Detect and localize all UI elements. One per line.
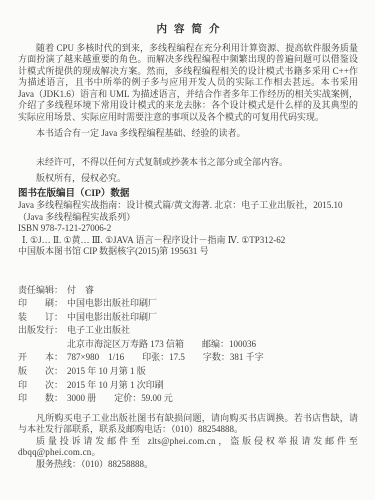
intro-paragraph: 随着 CPU 多核时代的到来，多线程编程在充分利用计算资源、提高软件服务质量方面… [18, 43, 358, 124]
purchase-exchange-notice: 凡所购买电子工业出版社图书有缺损问题，请向购买书店调换。若书店售缺，请与本社发行… [18, 413, 358, 436]
colophon-label: 印 次： [18, 379, 67, 393]
no-copy-notice: 未经许可，不得以任何方式复制或抄袭本书之部分或全部内容。 [18, 157, 358, 169]
colophon-label: 装 订： [18, 311, 67, 325]
colophon-row-printing: 印 次： 2015 年 10 月第 1 次印刷 [18, 379, 358, 393]
colophon-row-print-run: 印 数： 3000 册 定价：59.00 元 [18, 392, 358, 406]
colophon-value: 2015 年 10 月第 1 版 [67, 365, 358, 379]
cip-series-line: （Java 多线程编程实战系列） [18, 212, 358, 224]
colophon-label: 开 本： [18, 351, 67, 365]
colophon-label: 印 刷： [18, 297, 67, 311]
colophon-label: 出版发行： [18, 324, 67, 338]
content-summary-title: 内容简介 [18, 24, 358, 36]
rights-reserved-notice: 版权所有，侵权必究。 [18, 173, 358, 185]
colophon-row-edition: 版 次： 2015 年 10 月第 1 版 [18, 365, 358, 379]
service-hotline-line: 服务热线：（010）88258888。 [18, 459, 358, 471]
cip-heading: 图书在版编目（CIP）数据 [18, 189, 358, 201]
colophon-value: 中国电影出版社印刷厂 [67, 311, 358, 325]
colophon-block: 责任编辑： 付 睿 印 刷： 中国电影出版社印刷厂 装 订： 中国电影出版社印刷… [18, 284, 358, 406]
colophon-row-publisher: 出版发行： 电子工业出版社 [18, 324, 358, 338]
colophon-row-address: 北京市海淀区万寿路 173 信箱 邮编：100036 [18, 338, 358, 352]
colophon-row-editor: 责任编辑： 付 睿 [18, 284, 358, 298]
colophon-label: 版 次： [18, 365, 67, 379]
colophon-row-format: 开 本： 787×980 1/16 印张：17.5 字数：381 千字 [18, 351, 358, 365]
copyright-notice-block: 未经许可，不得以任何方式复制或抄袭本书之部分或全部内容。 版权所有，侵权必究。 [18, 157, 358, 185]
colophon-row-printer: 印 刷： 中国电影出版社印刷厂 [18, 297, 358, 311]
colophon-label: 印 数： [18, 392, 67, 406]
cip-classification-line: Ⅰ. ①J… Ⅱ. ①黄… Ⅲ. ①JAVA 语言－程序设计－指南 Ⅳ. ①TP… [18, 235, 358, 247]
colophon-label [18, 338, 67, 352]
isbn-line: ISBN 978-7-121-27006-2 [18, 223, 358, 235]
quality-complaint-email-line: 质量投诉请发邮件至 zlts@phei.com.cn，盗版侵权举报请发邮件至 d… [18, 436, 358, 459]
publisher-contact-block: 凡所购买电子工业出版社图书有缺损问题，请向购买书店调换。若书店售缺，请与本社发行… [18, 413, 358, 471]
colophon-value: 2015 年 10 月第 1 次印刷 [67, 379, 358, 393]
copyright-page: 内容简介 随着 CPU 多核时代的到来，多线程编程在充分利用计算资源、提高软件服… [0, 0, 375, 500]
cip-record-number-line: 中国版本图书馆 CIP 数据核字(2015)第 195631 号 [18, 246, 358, 258]
colophon-value: 付 睿 [67, 284, 358, 298]
colophon-value: 北京市海淀区万寿路 173 信箱 邮编：100036 [67, 338, 358, 352]
colophon-label: 责任编辑： [18, 284, 67, 298]
colophon-value: 787×980 1/16 印张：17.5 字数：381 千字 [67, 351, 358, 365]
colophon-value: 中国电影出版社印刷厂 [67, 297, 358, 311]
colophon-value: 电子工业出版社 [67, 324, 358, 338]
audience-note: 本书适合有一定 Java 多线程编程基础、经验的读者。 [18, 128, 358, 140]
colophon-row-binding: 装 订： 中国电影出版社印刷厂 [18, 311, 358, 325]
colophon-value: 3000 册 定价：59.00 元 [67, 392, 358, 406]
cip-title-line: Java 多线程编程实战指南：设计模式篇/黄文海著. 北京：电子工业出版社，20… [18, 200, 358, 212]
cip-data-block: 图书在版编目（CIP）数据 Java 多线程编程实战指南：设计模式篇/黄文海著.… [18, 189, 358, 258]
